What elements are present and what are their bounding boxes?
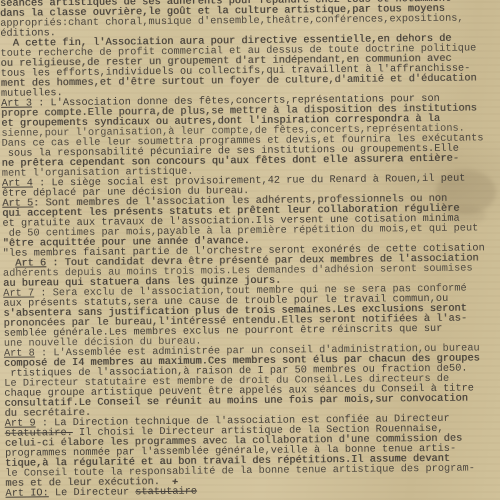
article-label: Art 8 [4, 347, 35, 359]
article-label: Art 7 [3, 287, 34, 299]
line-text: du secrétaire. [5, 407, 92, 420]
article-label: Art 5 [2, 197, 33, 209]
handwritten-plus-mark: + [159, 476, 179, 488]
line-text: ment l'organisation artistique. [2, 166, 194, 180]
line-text: mes et de leur exécution. [5, 476, 160, 490]
scanned-document-page: séances artistiques de ses adhérents pou… [0, 0, 500, 500]
document-text-block: séances artistiques de ses adhérents pou… [0, 0, 500, 499]
